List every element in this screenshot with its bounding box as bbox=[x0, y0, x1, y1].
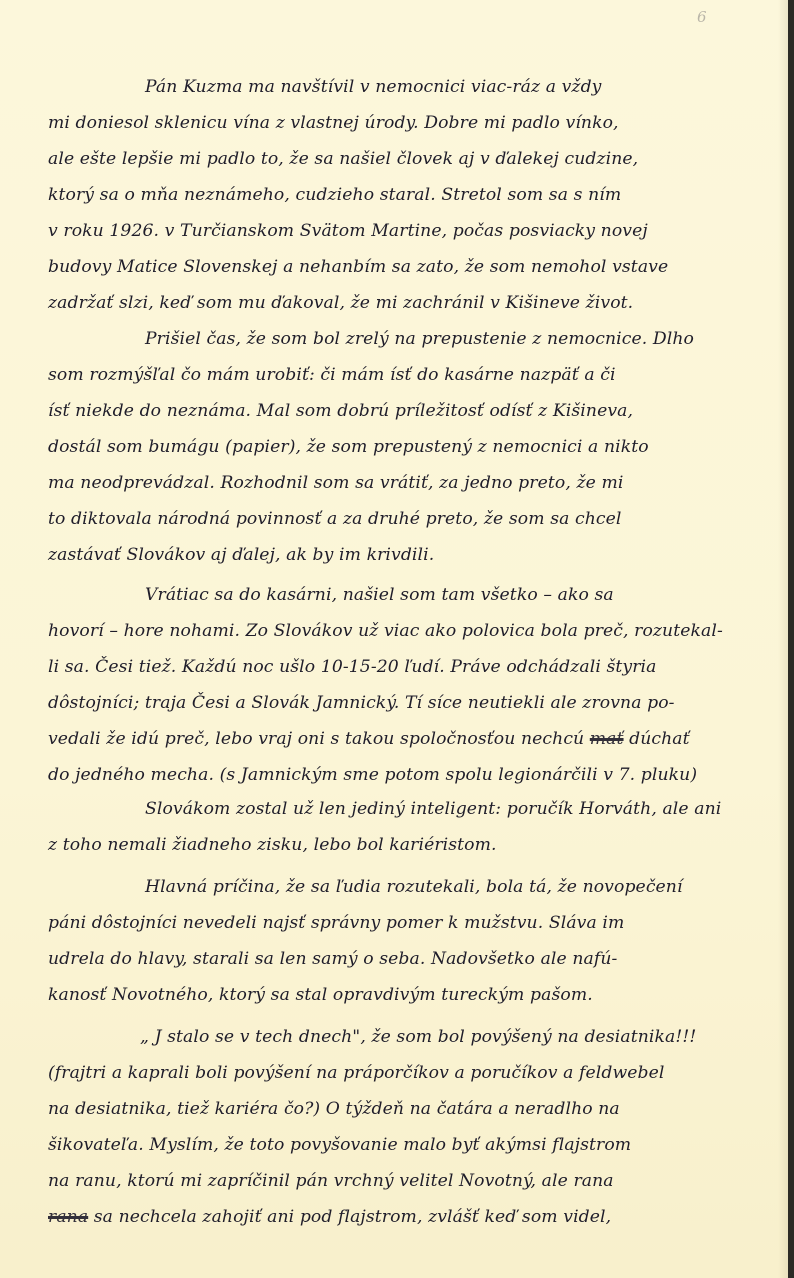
text-line: zadržať slzi, keď som mu ďakoval, že mi … bbox=[48, 292, 633, 314]
text-line: ma neodprevádzal. Rozhodnil som sa vráti… bbox=[48, 472, 623, 494]
text-line: li sa. Česi tiež. Každú noc ušlo 10-15-2… bbox=[48, 656, 657, 678]
text-line: hovorí – hore nohami. Zo Slovákov už via… bbox=[48, 620, 723, 642]
text-line: Vrátiac sa do kasárni, našiel som tam vš… bbox=[145, 584, 614, 606]
text-line: na ranu, ktorú mi zapríčinil pán vrchný … bbox=[48, 1170, 614, 1192]
text-line: z toho nemali žiadneho zisku, lebo bol k… bbox=[48, 834, 497, 856]
text-line: Prišiel čas, že som bol zrelý na prepust… bbox=[145, 328, 694, 350]
text-line: Slovákom zostal už len jediný inteligent… bbox=[145, 798, 721, 820]
text-line: páni dôstojníci nevedeli najsť správny p… bbox=[48, 912, 624, 934]
text-line: Pán Kuzma ma navštívil v nemocnici viac-… bbox=[145, 76, 602, 98]
text-segment: vedali že idú preč, lebo vraj oni s tako… bbox=[48, 729, 590, 749]
scan-border bbox=[788, 0, 794, 1278]
text-segment: sa nechcela zahojiť ani pod flajstrom, z… bbox=[88, 1207, 611, 1227]
text-line: ktorý sa o mňa neznámeho, cudzieho stara… bbox=[48, 184, 621, 206]
text-line: „ J stalo se v tech dnech", že som bol p… bbox=[140, 1026, 696, 1048]
text-line: šikovateľa. Myslím, že toto povyšovanie … bbox=[48, 1134, 631, 1156]
text-line: zastávať Slovákov aj ďalej, ak by im kri… bbox=[48, 544, 434, 566]
text-line: (frajtri a kaprali boli povýšení na práp… bbox=[48, 1062, 665, 1084]
text-line: ísť niekde do neznáma. Mal som dobrú prí… bbox=[48, 400, 633, 422]
text-line: udrela do hlavy, starali sa len samý o s… bbox=[48, 948, 617, 970]
text-line: kanosť Novotného, ktorý sa stal opravdiv… bbox=[48, 984, 593, 1006]
text-line: na desiatnika, tiež kariéra čo?) O týžde… bbox=[48, 1098, 620, 1120]
text-line: v roku 1926. v Turčianskom Svätom Martin… bbox=[48, 220, 648, 242]
text-line: budovy Matice Slovenskej a nehanbím sa z… bbox=[48, 256, 668, 278]
text-line: mi doniesol sklenicu vína z vlastnej úro… bbox=[48, 112, 619, 134]
text-line: vedali že idú preč, lebo vraj oni s tako… bbox=[48, 728, 690, 750]
text-line: do jedného mecha. (s Jamnickým sme potom… bbox=[48, 764, 697, 786]
page-number: 6 bbox=[697, 8, 707, 26]
text-line: Hlavná príčina, že sa ľudia rozutekali, … bbox=[145, 876, 683, 898]
page-edge-shadow bbox=[778, 0, 788, 1278]
text-line: dôstojníci; traja Česi a Slovák Jamnický… bbox=[48, 692, 675, 714]
text-line: rana sa nechcela zahojiť ani pod flajstr… bbox=[48, 1206, 611, 1228]
crossed-out-word: mať bbox=[590, 729, 624, 749]
text-line: som rozmýšľal čo mám urobiť: či mám ísť … bbox=[48, 364, 616, 386]
text-line: ale ešte lepšie mi padlo to, že sa našie… bbox=[48, 148, 638, 170]
text-line: dostál som bumágu (papier), že som prepu… bbox=[48, 436, 649, 458]
scanned-handwritten-page: 6 Pán Kuzma ma navštívil v nemocnici via… bbox=[0, 0, 794, 1278]
crossed-out-word: rana bbox=[48, 1207, 88, 1227]
text-segment: dúchať bbox=[624, 729, 690, 749]
text-line: to diktovala národná povinnosť a za druh… bbox=[48, 508, 622, 530]
